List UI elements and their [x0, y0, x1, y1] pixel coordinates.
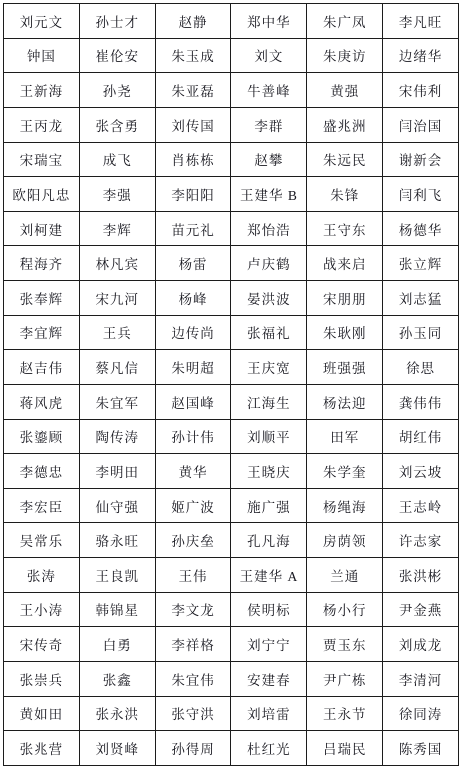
- table-cell: 江海生: [231, 384, 307, 419]
- table-cell: 孙计伟: [155, 419, 231, 454]
- table-row: 李宏臣仙守强姬广波施广强杨绳海王志岭: [4, 488, 459, 523]
- table-cell: 牛善峰: [231, 73, 307, 108]
- table-cell: 刘传国: [155, 107, 231, 142]
- table-cell: 仙守强: [79, 488, 155, 523]
- table-cell: 苗元礼: [155, 211, 231, 246]
- table-cell: 赵攀: [231, 142, 307, 177]
- table-cell: 赵吉伟: [4, 350, 80, 385]
- table-row: 张鎏顾陶传涛孙计伟刘顺平田军胡红伟: [4, 419, 459, 454]
- table-cell: 张守洪: [155, 696, 231, 731]
- table-cell: 杨峰: [155, 281, 231, 316]
- table-row: 王新海孙尧朱亚磊牛善峰黄强宋伟利: [4, 73, 459, 108]
- table-cell: 侯明标: [231, 592, 307, 627]
- table-cell: 晏洪波: [231, 281, 307, 316]
- table-row: 刘元文孙士才赵静郑中华朱广凤李凡旺: [4, 4, 459, 39]
- table-row: 张崇兵张鑫朱宜伟安建春尹广栋李清河: [4, 661, 459, 696]
- table-cell: 李阳阳: [155, 177, 231, 212]
- table-cell: 龚伟伟: [383, 384, 459, 419]
- table-row: 张奉辉宋九河杨峰晏洪波宋朋朋刘志猛: [4, 281, 459, 316]
- table-cell: 朱亚磊: [155, 73, 231, 108]
- table-cell: 贾玉东: [307, 627, 383, 662]
- table-cell: 刘成龙: [383, 627, 459, 662]
- roster-body: 刘元文孙士才赵静郑中华朱广凤李凡旺钟国崔伦安朱玉成刘文朱庚访边绪华王新海孙尧朱亚…: [4, 4, 459, 766]
- table-cell: 杜红光: [231, 731, 307, 766]
- table-cell: 姬广波: [155, 488, 231, 523]
- table-cell: 李凡旺: [383, 4, 459, 39]
- table-cell: 欧阳凡忠: [4, 177, 80, 212]
- table-row: 蒋风虎朱宜军赵国峰江海生杨法迎龚伟伟: [4, 384, 459, 419]
- table-cell: 陶传涛: [79, 419, 155, 454]
- table-cell: 尹广栋: [307, 661, 383, 696]
- table-cell: 刘文: [231, 38, 307, 73]
- table-cell: 兰通: [307, 558, 383, 593]
- table-cell: 李德忠: [4, 454, 80, 489]
- table-cell: 赵国峰: [155, 384, 231, 419]
- table-cell: 张兆营: [4, 731, 80, 766]
- table-cell: 王伟: [155, 558, 231, 593]
- table-cell: 王良凯: [79, 558, 155, 593]
- table-cell: 房荫领: [307, 523, 383, 558]
- table-cell: 孙玉同: [383, 315, 459, 350]
- table-cell: 朱远民: [307, 142, 383, 177]
- table-cell: 郑怡浩: [231, 211, 307, 246]
- table-cell: 宋伟利: [383, 73, 459, 108]
- table-row: 吴常乐骆永旺孙庆垒孔凡海房荫领许志家: [4, 523, 459, 558]
- table-cell: 王志岭: [383, 488, 459, 523]
- table-cell: 闫治国: [383, 107, 459, 142]
- table-cell: 黄华: [155, 454, 231, 489]
- table-cell: 宋传奇: [4, 627, 80, 662]
- table-cell: 刘志猛: [383, 281, 459, 316]
- table-cell: 李宏臣: [4, 488, 80, 523]
- table-cell: 杨德华: [383, 211, 459, 246]
- table-cell: 张鑫: [79, 661, 155, 696]
- table-row: 李德忠李明田黄华王晓庆朱学奎刘云坡: [4, 454, 459, 489]
- table-cell: 班强强: [307, 350, 383, 385]
- table-cell: 孙士才: [79, 4, 155, 39]
- table-cell: 赵静: [155, 4, 231, 39]
- table-row: 程海齐林凡宾杨雷卢庆鹤战来启张立辉: [4, 246, 459, 281]
- table-row: 宋传奇白勇李祥格刘宁宁贾玉东刘成龙: [4, 627, 459, 662]
- table-cell: 成飞: [79, 142, 155, 177]
- table-row: 刘柯建李辉苗元礼郑怡浩王守东杨德华: [4, 211, 459, 246]
- table-cell: 吴常乐: [4, 523, 80, 558]
- table-row: 张涛王良凯王伟王建华 A兰通张洪彬: [4, 558, 459, 593]
- table-cell: 朱宜军: [79, 384, 155, 419]
- table-cell: 韩锦星: [79, 592, 155, 627]
- table-cell: 钟国: [4, 38, 80, 73]
- table-cell: 张崇兵: [4, 661, 80, 696]
- table-cell: 边传尚: [155, 315, 231, 350]
- table-cell: 孙得周: [155, 731, 231, 766]
- table-cell: 王小涛: [4, 592, 80, 627]
- name-roster-table: 刘元文孙士才赵静郑中华朱广凤李凡旺钟国崔伦安朱玉成刘文朱庚访边绪华王新海孙尧朱亚…: [3, 3, 459, 766]
- table-row: 黄如田张永洪张守洪刘培雷王永节徐同涛: [4, 696, 459, 731]
- table-cell: 王丙龙: [4, 107, 80, 142]
- table-row: 欧阳凡忠李强李阳阳王建华 B朱锋闫利飞: [4, 177, 459, 212]
- table-cell: 崔伦安: [79, 38, 155, 73]
- table-row: 张兆营刘贤峰孙得周杜红光吕瑞民陈秀国: [4, 731, 459, 766]
- table-cell: 杨雷: [155, 246, 231, 281]
- table-cell: 杨法迎: [307, 384, 383, 419]
- table-row: 王小涛韩锦星李文龙侯明标杨小行尹金燕: [4, 592, 459, 627]
- table-cell: 王永节: [307, 696, 383, 731]
- table-cell: 程海齐: [4, 246, 80, 281]
- table-cell: 李清河: [383, 661, 459, 696]
- table-cell: 朱学奎: [307, 454, 383, 489]
- table-cell: 王晓庆: [231, 454, 307, 489]
- table-cell: 刘顺平: [231, 419, 307, 454]
- table-cell: 李宜辉: [4, 315, 80, 350]
- table-cell: 孙尧: [79, 73, 155, 108]
- table-cell: 宋九河: [79, 281, 155, 316]
- table-cell: 张涛: [4, 558, 80, 593]
- table-cell: 李群: [231, 107, 307, 142]
- table-cell: 蒋风虎: [4, 384, 80, 419]
- table-cell: 施广强: [231, 488, 307, 523]
- table-cell: 张鎏顾: [4, 419, 80, 454]
- table-cell: 郑中华: [231, 4, 307, 39]
- table-cell: 黄强: [307, 73, 383, 108]
- table-cell: 刘元文: [4, 4, 80, 39]
- table-cell: 盛兆洲: [307, 107, 383, 142]
- table-cell: 战来启: [307, 246, 383, 281]
- table-cell: 王建华 B: [231, 177, 307, 212]
- table-cell: 王守东: [307, 211, 383, 246]
- table-cell: 朱锋: [307, 177, 383, 212]
- table-cell: 肖栋栋: [155, 142, 231, 177]
- table-cell: 李辉: [79, 211, 155, 246]
- table-cell: 张奉辉: [4, 281, 80, 316]
- table-cell: 黄如田: [4, 696, 80, 731]
- table-cell: 宋瑞宝: [4, 142, 80, 177]
- table-cell: 王建华 A: [231, 558, 307, 593]
- table-cell: 徐同涛: [383, 696, 459, 731]
- table-row: 宋瑞宝成飞肖栋栋赵攀朱远民谢新会: [4, 142, 459, 177]
- table-cell: 许志家: [383, 523, 459, 558]
- table-cell: 尹金燕: [383, 592, 459, 627]
- table-cell: 朱宜伟: [155, 661, 231, 696]
- table-cell: 谢新会: [383, 142, 459, 177]
- table-row: 王丙龙张含勇刘传国李群盛兆洲闫治国: [4, 107, 459, 142]
- table-cell: 吕瑞民: [307, 731, 383, 766]
- table-cell: 边绪华: [383, 38, 459, 73]
- table-cell: 朱玉成: [155, 38, 231, 73]
- table-cell: 刘贤峰: [79, 731, 155, 766]
- table-cell: 孔凡海: [231, 523, 307, 558]
- table-cell: 李祥格: [155, 627, 231, 662]
- table-cell: 胡红伟: [383, 419, 459, 454]
- table-cell: 宋朋朋: [307, 281, 383, 316]
- table-cell: 刘培雷: [231, 696, 307, 731]
- table-cell: 王庆宽: [231, 350, 307, 385]
- table-cell: 闫利飞: [383, 177, 459, 212]
- table-cell: 王新海: [4, 73, 80, 108]
- table-cell: 李明田: [79, 454, 155, 489]
- table-cell: 朱明超: [155, 350, 231, 385]
- table-cell: 徐思: [383, 350, 459, 385]
- table-row: 钟国崔伦安朱玉成刘文朱庚访边绪华: [4, 38, 459, 73]
- table-cell: 孙庆垒: [155, 523, 231, 558]
- table-cell: 陈秀国: [383, 731, 459, 766]
- document-page: 刘元文孙士才赵静郑中华朱广凤李凡旺钟国崔伦安朱玉成刘文朱庚访边绪华王新海孙尧朱亚…: [0, 0, 462, 769]
- table-cell: 李文龙: [155, 592, 231, 627]
- table-cell: 田军: [307, 419, 383, 454]
- table-cell: 杨小行: [307, 592, 383, 627]
- table-cell: 杨绳海: [307, 488, 383, 523]
- table-cell: 白勇: [79, 627, 155, 662]
- table-cell: 朱耿刚: [307, 315, 383, 350]
- table-cell: 刘云坡: [383, 454, 459, 489]
- table-cell: 林凡宾: [79, 246, 155, 281]
- table-cell: 刘柯建: [4, 211, 80, 246]
- table-cell: 蔡凡信: [79, 350, 155, 385]
- table-cell: 安建春: [231, 661, 307, 696]
- table-cell: 张含勇: [79, 107, 155, 142]
- table-cell: 李强: [79, 177, 155, 212]
- table-cell: 王兵: [79, 315, 155, 350]
- table-cell: 刘宁宁: [231, 627, 307, 662]
- table-cell: 朱庚访: [307, 38, 383, 73]
- table-row: 李宜辉王兵边传尚张福礼朱耿刚孙玉同: [4, 315, 459, 350]
- table-cell: 张立辉: [383, 246, 459, 281]
- table-cell: 卢庆鹤: [231, 246, 307, 281]
- table-cell: 张福礼: [231, 315, 307, 350]
- table-row: 赵吉伟蔡凡信朱明超王庆宽班强强徐思: [4, 350, 459, 385]
- table-cell: 骆永旺: [79, 523, 155, 558]
- table-cell: 张洪彬: [383, 558, 459, 593]
- table-cell: 朱广凤: [307, 4, 383, 39]
- table-cell: 张永洪: [79, 696, 155, 731]
